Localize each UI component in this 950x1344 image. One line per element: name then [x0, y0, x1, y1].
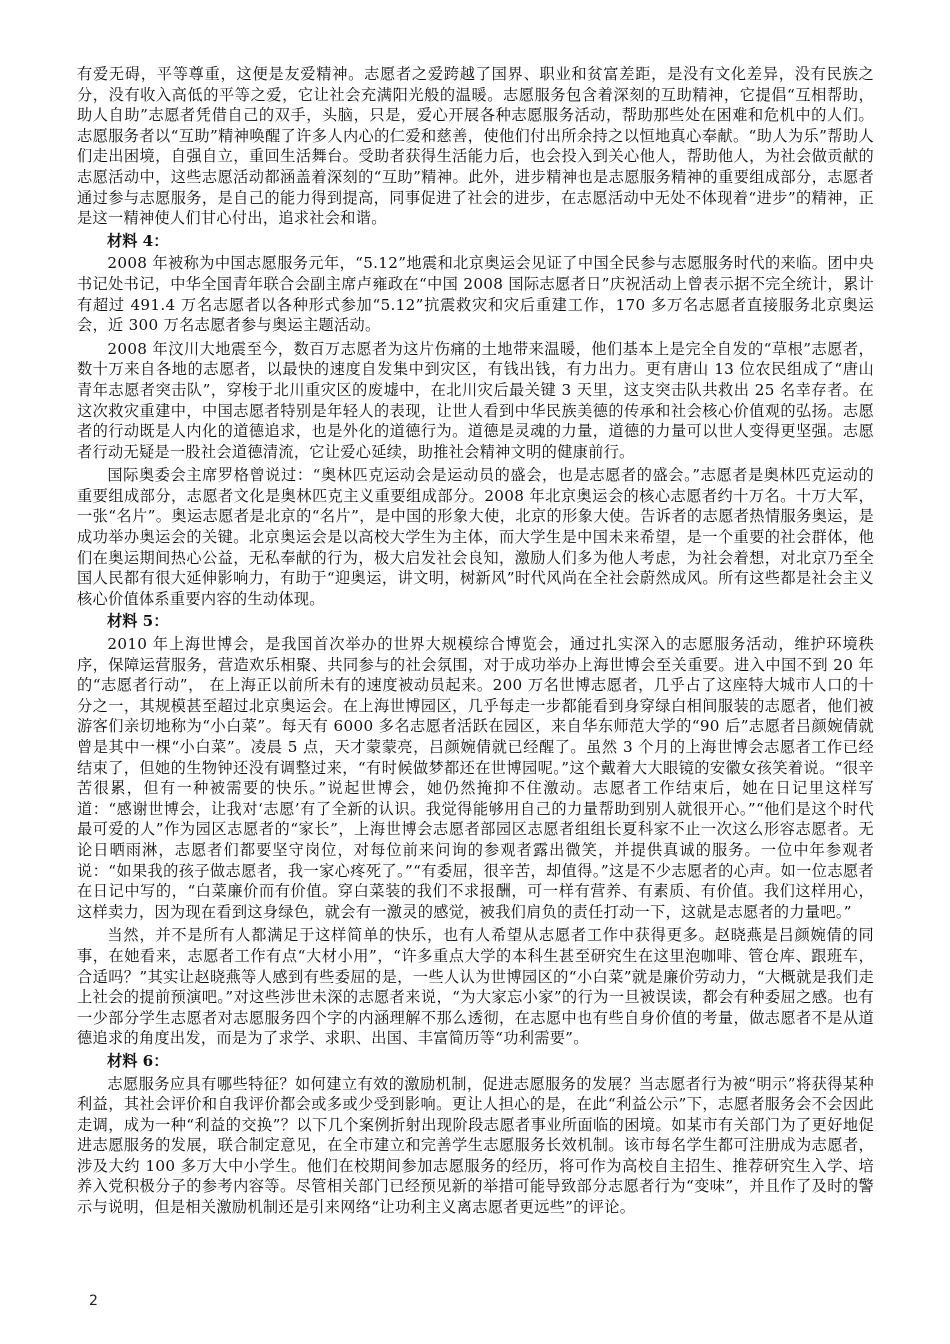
intro-paragraph: 有爱无碍，平等尊重，这便是友爱精神。志愿者之爱跨越了国界、职业和贫富差距，是没有… — [77, 64, 874, 229]
section-heading: 材料 5： — [77, 611, 874, 632]
paragraph: 2010 年上海世博会，是我国首次举办的世界大规模综合博览会，通过扎实深入的志愿… — [77, 634, 874, 922]
paragraph: 2008 年汶川大地震至今，数百万志愿者为这片伤痛的土地带来温暖，他们基本上是完… — [77, 339, 874, 463]
section-material-6: 材料 6： 志愿服务应具有哪些特征？如何建立有效的激励机制，促进志愿服务的发展？… — [77, 1051, 874, 1218]
section-material-4: 材料 4： 2008 年被称为中国志愿服务元年，“5.12”地震和北京奥运会见证… — [77, 231, 874, 610]
paragraph: 志愿服务应具有哪些特征？如何建立有效的激励机制，促进志愿服务的发展？当志愿者行为… — [77, 1074, 874, 1218]
section-material-5: 材料 5： 2010 年上海世博会，是我国首次举办的世界大规模综合博览会，通过扎… — [77, 611, 874, 1048]
section-heading: 材料 4： — [77, 231, 874, 252]
section-heading: 材料 6： — [77, 1051, 874, 1072]
page-number: 2 — [89, 1293, 98, 1309]
paragraph: 2008 年被称为中国志愿服务元年，“5.12”地震和北京奥运会见证了中国全民参… — [77, 253, 874, 335]
document-page: 有爱无碍，平等尊重，这便是友爱精神。志愿者之爱跨越了国界、职业和贫富差距，是没有… — [77, 64, 874, 1218]
paragraph: 当然，并不是所有人都满足于这样简单的快乐，也有人希望从志愿者工作中获得更多。赵晓… — [77, 925, 874, 1049]
paragraph: 国际奥委会主席罗格曾说过：“奥林匹克运动会是运动员的盛会，也是志愿者的盛会。”志… — [77, 465, 874, 609]
